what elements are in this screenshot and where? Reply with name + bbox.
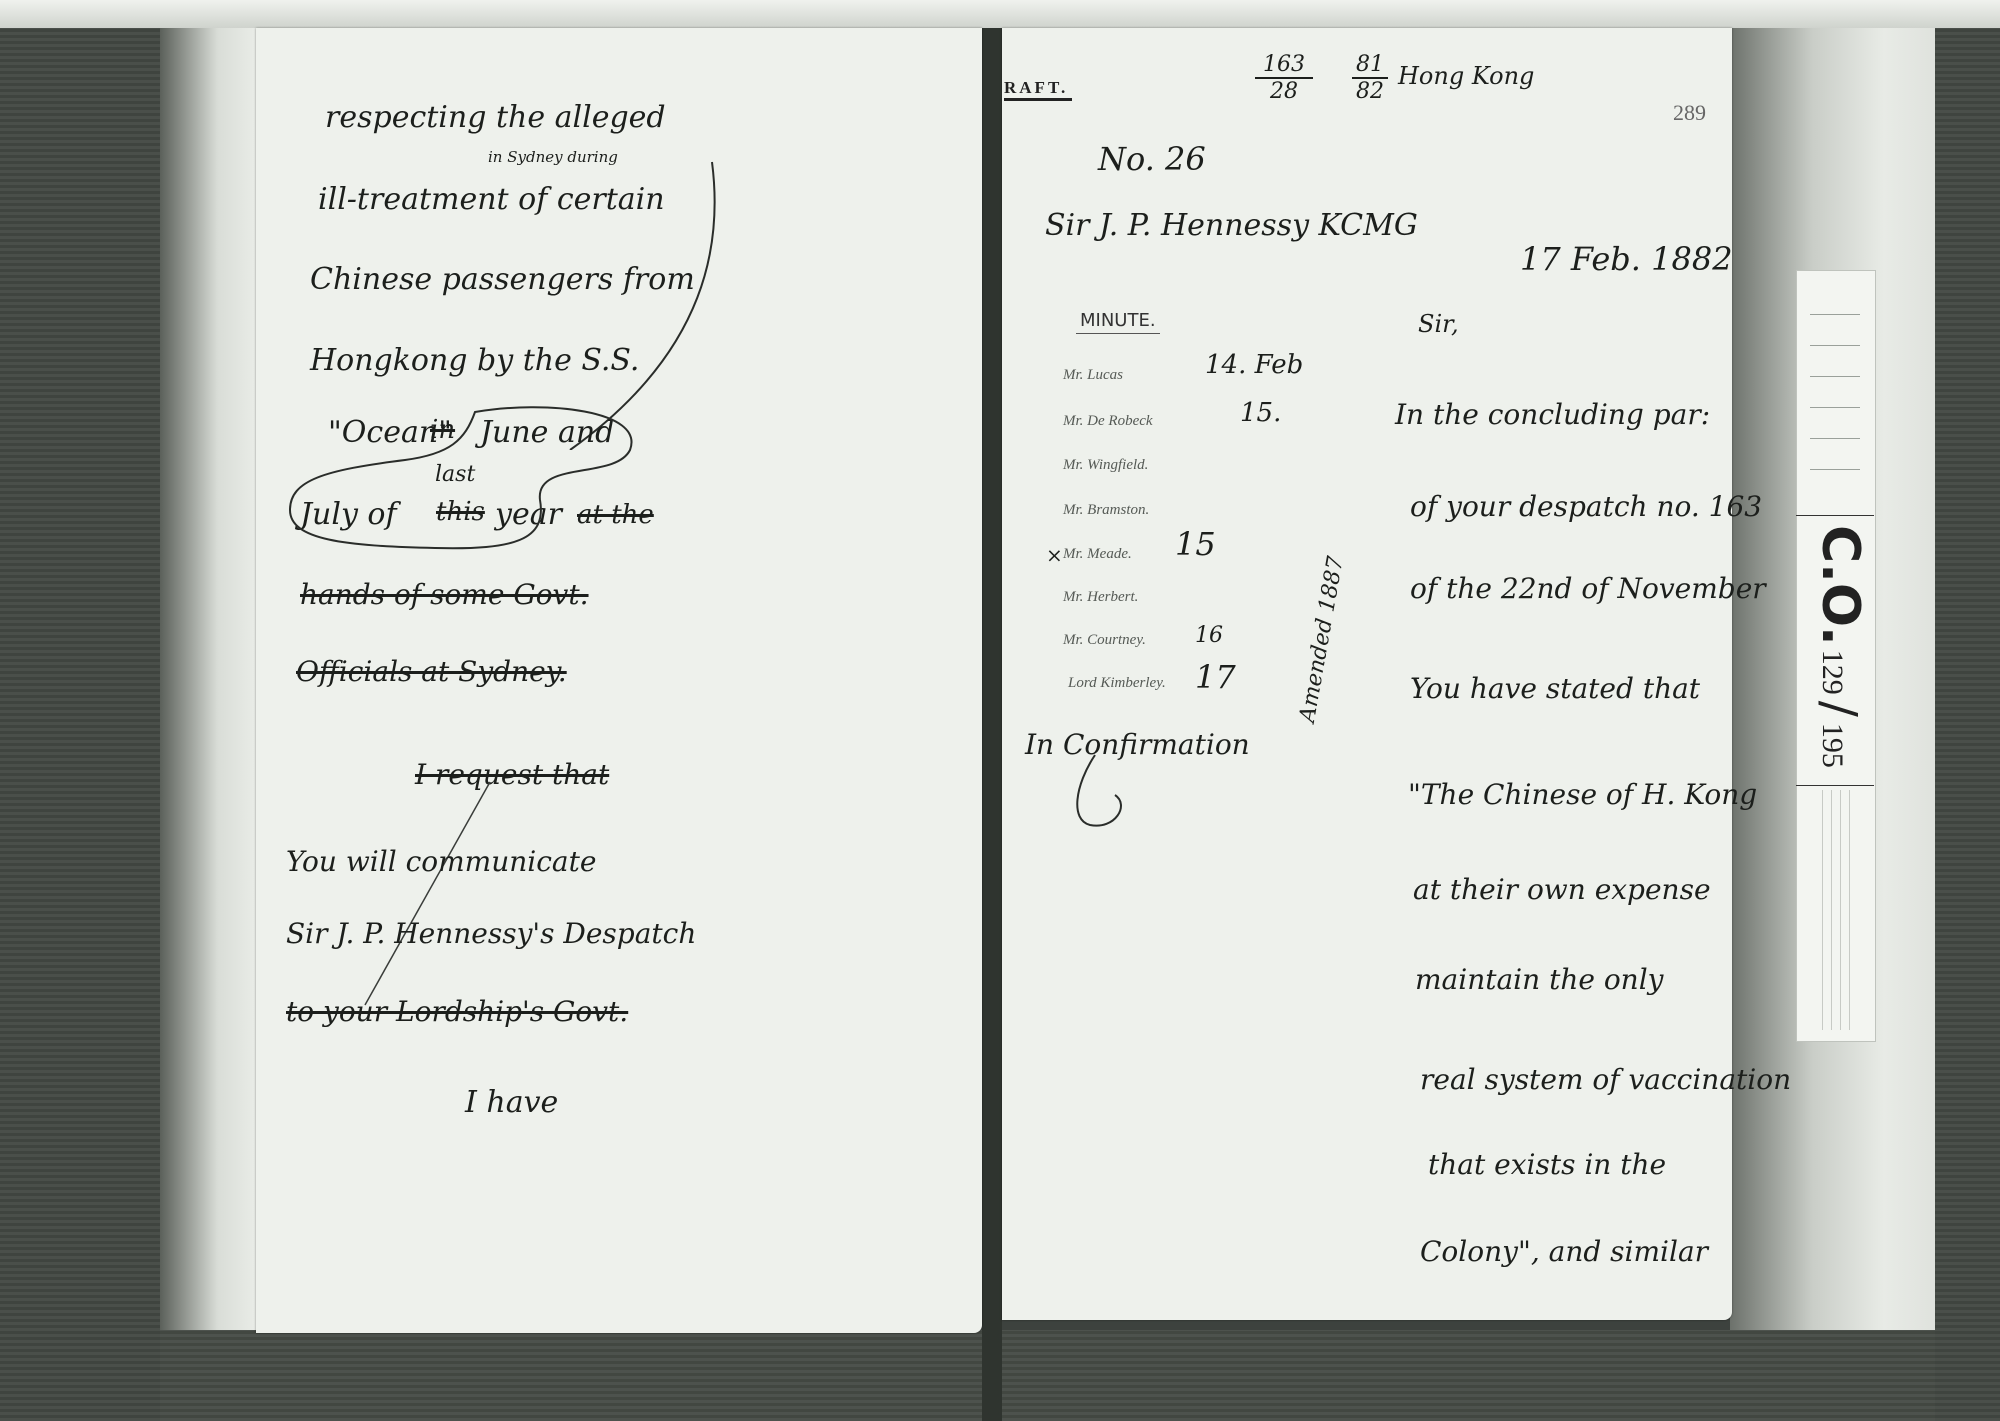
- fraction-1-bottom: 28: [1255, 79, 1313, 104]
- fraction-2-bottom: 82: [1352, 79, 1388, 104]
- minute-row-derobeck: Mr. De Robeck: [1063, 413, 1153, 430]
- despatch-number: No. 26: [1098, 140, 1206, 178]
- minute-row-lucas: Mr. Lucas: [1063, 367, 1123, 384]
- body-line-8: real system of vaccination: [1420, 1063, 1791, 1096]
- strip-divider-top: [1796, 515, 1874, 516]
- minute-row-meade: Mr. Meade.: [1063, 546, 1132, 563]
- scale-ticks: [1810, 300, 1860, 500]
- minute-date-meade: 15: [1175, 525, 1216, 563]
- fraction-1-top: 163: [1255, 52, 1313, 79]
- draft-stamp: RAFT.: [1004, 78, 1072, 101]
- scan-background-right: [1935, 28, 2000, 1421]
- archive-series: C.O.: [1810, 525, 1870, 646]
- scanner-top-band: [0, 0, 2000, 30]
- archive-reference: C.O.129/195: [1818, 525, 1874, 775]
- left-line-8: Officials at Sydney.: [296, 655, 567, 688]
- body-line-7: maintain the only: [1415, 963, 1664, 996]
- left-line-1: respecting the alleged: [325, 100, 666, 135]
- copyright-notice-block: [1814, 790, 1858, 1030]
- body-line-9: that exists in the: [1428, 1148, 1666, 1181]
- book-spine: [982, 28, 1002, 1421]
- minute-row-wingfield: Mr. Wingfield.: [1063, 457, 1148, 474]
- minute-date-derobeck: 15.: [1240, 398, 1281, 428]
- archive-number: 129: [1816, 650, 1849, 695]
- addressee: Sir J. P. Hennessy KCMG: [1045, 208, 1418, 243]
- body-line-6: at their own expense: [1413, 873, 1711, 906]
- minute-date-courtney: 16: [1195, 623, 1223, 648]
- salutation: Sir,: [1418, 310, 1459, 338]
- reference-fraction-1: 163 28: [1255, 52, 1313, 104]
- scan-background-left: [0, 28, 160, 1421]
- minute-row-kimberley: Lord Kimberley.: [1068, 675, 1166, 692]
- fraction-2-top: 81: [1352, 52, 1388, 79]
- archive-slash: /: [1811, 701, 1867, 717]
- body-line-3: of the 22nd of November: [1410, 572, 1766, 605]
- minute-heading: MINUTE.: [1076, 310, 1160, 334]
- deletion-diagonal: [360, 780, 500, 1010]
- body-line-4: You have stated that: [1410, 672, 1700, 705]
- left-line-13: I have: [465, 1085, 558, 1120]
- strip-divider-bottom: [1796, 785, 1874, 786]
- left-line-12: to your Lordship's Govt.: [286, 995, 628, 1028]
- minute-date-kimberley: 17: [1195, 658, 1236, 696]
- minute-row-courtney: Mr. Courtney.: [1063, 632, 1146, 649]
- signature-flourish: [1060, 745, 1140, 855]
- minute-mark-meade: ×: [1046, 543, 1063, 567]
- circled-phrase-loop: [285, 390, 655, 560]
- scan-background-bottom: [160, 1330, 1935, 1421]
- despatch-date: 17 Feb. 1882: [1520, 240, 1733, 278]
- body-line-5: "The Chinese of H. Kong: [1408, 778, 1757, 811]
- body-line-10: Colony", and similar: [1420, 1235, 1708, 1268]
- minute-row-herbert: Mr. Herbert.: [1063, 589, 1138, 606]
- body-line-2: of your despatch no. 163: [1410, 490, 1762, 523]
- reference-fraction-2: 81 82: [1352, 52, 1388, 104]
- folio-number: 289: [1673, 100, 1706, 126]
- minute-row-bramston: Mr. Bramston.: [1063, 502, 1149, 519]
- left-line-11: Sir J. P. Hennessy's Despatch: [286, 917, 696, 950]
- colony-name: Hong Kong: [1398, 62, 1534, 90]
- minute-date-lucas: 14. Feb: [1205, 350, 1303, 380]
- archive-piece: 195: [1816, 723, 1849, 768]
- scan-margin-left: [160, 28, 256, 1421]
- body-line-1: In the concluding par:: [1395, 398, 1710, 431]
- left-line-7: hands of some Govt.: [300, 578, 589, 611]
- left-line-10: You will communicate: [286, 845, 596, 878]
